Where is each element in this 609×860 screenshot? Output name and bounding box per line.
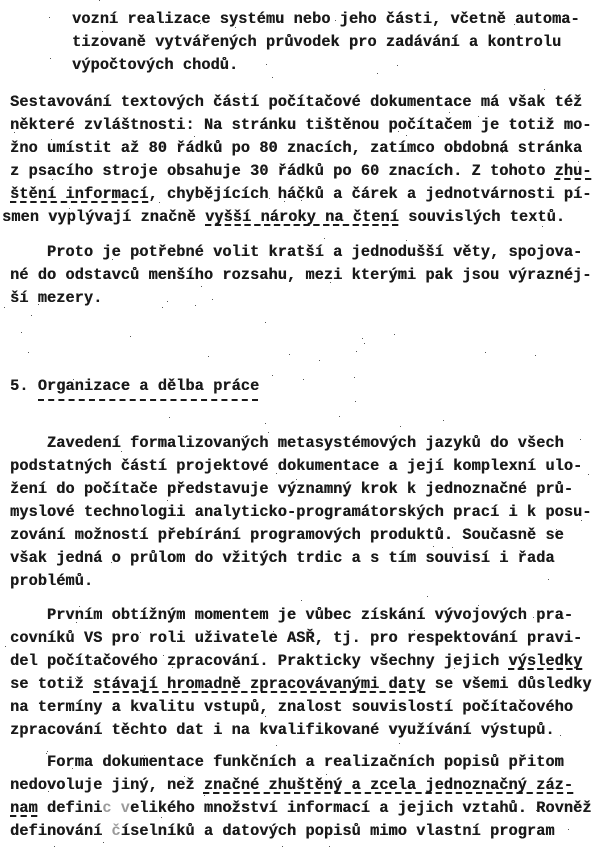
speck [459,558,460,559]
text-segment: smen vyplývají značně [2,208,205,226]
speck [330,282,331,283]
text-segment: souvislých textů. [399,208,565,226]
speck [296,479,297,480]
speck [253,470,254,471]
speck [99,0,100,1]
speck [161,817,162,818]
paragraph-4-line-1: Prvním obtížným momentem je vůbec získán… [10,606,573,624]
speck [326,774,327,775]
speck [265,423,266,424]
speck [167,301,168,302]
speck [276,745,277,746]
speck [394,334,395,335]
speck [72,768,73,769]
paragraph-4-line-2: covníků VS pro roli uživatele ASŘ, tj. p… [10,629,582,647]
section-heading: 5. Organizace a dělba práce [10,377,259,395]
speck [231,808,232,809]
text-segment: nedovoluje jiný, než [10,776,204,794]
speck [36,634,37,635]
speck [47,751,48,752]
paragraph-3-line-3: žení do počítače představuje významný kr… [10,480,573,498]
speck [355,401,356,402]
speck [560,735,561,736]
speck [289,354,290,355]
speck [82,191,83,192]
speck [272,77,273,78]
speck [17,513,18,514]
speck [452,547,453,548]
speck [163,655,164,656]
speck [510,124,511,125]
speck [433,546,434,547]
speck [195,305,196,306]
paragraph-5-line-2: nedovoluje jiný, než značné zhuštěný a z… [10,776,573,794]
text-segment: se všemi důsledky [425,675,591,693]
speck [485,352,486,353]
speck [427,596,428,597]
speck [79,606,80,607]
speck [588,474,589,475]
speck [273,631,274,632]
paragraph-2-line-1: Proto je potřebné volit kratší a jednodu… [10,243,582,261]
speck [81,618,82,619]
section-number: 5. [10,377,28,395]
speck [76,622,77,623]
speck [5,646,6,647]
speck [542,226,543,227]
speck [159,202,160,203]
speck [384,709,385,710]
speck [399,743,400,744]
speck [28,352,29,353]
text-segment: elikého množství informací a jejich vzta… [130,799,591,817]
speck [354,377,355,378]
speck [282,846,283,847]
speck [190,18,191,19]
speck [52,179,53,180]
speck [103,842,104,843]
speck [235,27,236,28]
speck [200,23,201,24]
speck [548,579,549,580]
speck [54,846,55,847]
speck [4,307,5,308]
speck [269,198,270,199]
paragraph-4-line-6: zpracování těchto dat i na kvalifikované… [10,721,555,739]
speck [31,315,32,316]
speck [184,776,185,777]
underlined-phrase: značné zhuštěný a zcela jednoznačný záz- [204,776,573,794]
speck [277,826,278,827]
speck [581,520,582,521]
speck [208,356,209,357]
speck [406,135,407,136]
paragraph-1-line-4: z psacího stroje obsahuje 30 řádků po 60… [10,162,591,180]
speck [51,139,52,140]
speck [502,152,503,153]
text-segment: definování [10,822,112,840]
speck [121,451,122,452]
speck [21,332,22,333]
speck [293,214,294,215]
intro-line-2: tizovaně vytvářených průvodek pro zadává… [72,33,561,51]
underlined-phrase: vyšší nároky na čtení [205,208,399,226]
paragraph-3-line-6: však jedná o průlom do vžitých trdic a s… [10,549,555,567]
speck [580,439,581,440]
speck [406,240,407,241]
speck [329,846,330,847]
paragraph-3-line-1: Zavedení formalizovaných metasystémových… [10,434,564,452]
speck [244,93,245,94]
paragraph-1-line-6: smen vyplývají značně vyšší nároky na čt… [2,208,565,226]
underlined-phrase: štění informací [10,185,148,203]
speck [536,810,537,811]
speck [272,375,273,376]
paragraph-3-line-7: problémů. [10,572,93,590]
speck [212,299,213,300]
speck [377,73,378,74]
speck [400,426,401,427]
speck [540,485,541,486]
speck [362,338,363,339]
speck [514,24,515,25]
speck [265,716,266,717]
speck [162,307,163,308]
paragraph-5-line-3: nam definic velikého množství informací … [10,799,592,817]
section-title: Organizace a dělba práce [38,377,260,395]
speck [243,436,244,437]
speck [139,253,140,254]
speck [130,336,131,337]
speck [73,379,74,380]
faded-text-segment: c v [102,799,130,817]
paragraph-4-line-4: se totiž stávají hromadně zpracovávanými… [10,675,592,693]
speck [478,116,479,117]
speck [48,791,49,792]
underlined-phrase: stávají hromadně zpracovávanými daty [93,675,425,693]
speck [301,200,302,201]
speck [284,201,285,202]
paragraph-3-line-2: podstatných částí projektové dokumentace… [10,457,582,475]
speck [111,562,112,563]
underlined-phrase: výsledky [508,652,582,670]
speck [364,343,365,344]
speck [478,605,479,606]
faded-text-segment: č [112,822,121,840]
text-segment: del počítačového zpracování. Prakticky v… [10,652,508,670]
speck [106,42,107,43]
speck [577,277,578,278]
speck [69,208,70,209]
speck [339,416,340,417]
intro-line-3: výpočtových chodů. [72,56,238,74]
speck [533,617,534,618]
speck [578,161,579,162]
speck [139,536,140,537]
speck [75,678,76,679]
speck [244,190,245,191]
speck [201,286,202,287]
paragraph-2-line-2: né do odstavců menšího rozsahu, mezi kte… [10,266,591,284]
section-heading-underline [38,399,258,401]
speck [411,553,412,554]
speck [454,668,455,669]
underlined-phrase: nam [10,799,38,817]
text-segment: z psacího stroje obsahuje 30 řádků po 60… [10,162,555,180]
speck [169,417,170,418]
speck [102,31,103,32]
speck [14,132,15,133]
speck [144,755,145,756]
speck [194,136,195,137]
speck [476,782,477,783]
speck [303,379,304,380]
underlined-phrase: zhu- [555,162,592,180]
speck [112,259,113,260]
speck [409,144,410,145]
paragraph-1-line-1: Sestavování textových částí počítačové d… [10,93,582,111]
speck [356,351,357,352]
speck [397,65,398,66]
speck [276,473,277,474]
speck [50,58,51,59]
text-segment: defini [38,799,103,817]
speck [324,710,325,711]
speck [519,827,520,828]
speck [266,64,267,65]
paragraph-5-line-4: definování číselníků a datových popisů m… [10,822,555,840]
speck [49,17,50,18]
speck [414,630,415,631]
paragraph-1-line-3: žno umístit až 80 řádků po 80 znacích, z… [10,139,582,157]
speck [139,710,140,711]
speck [204,795,205,796]
speck [535,355,536,356]
speck [92,660,93,661]
speck [167,500,168,501]
speck [140,632,141,633]
speck [324,238,325,239]
speck [46,753,47,754]
speck [38,304,39,305]
speck [443,420,444,421]
paragraph-3-line-5: zování možností přebírání programových p… [10,526,564,544]
speck [208,198,209,199]
speck [544,89,545,90]
paragraph-4-line-3: del počítačového zpracování. Prakticky v… [10,652,582,670]
paragraph-3-line-4: myslové technologii analyticko-programát… [10,503,591,521]
speck [355,824,356,825]
text-segment: íselníků a datových popisů mimo vlastní … [121,822,555,840]
speck [449,112,450,113]
speck [335,20,336,21]
speck [172,667,173,668]
speck [298,44,299,45]
text-segment: se totiž [10,675,93,693]
paragraph-1-line-2: některé zvláštnosti: Na stránku tištěnou… [10,116,591,134]
intro-line-1: vozní realizace systému nebo jeho části,… [72,10,580,28]
document-page: vozní realizace systému nebo jeho části,… [0,0,609,860]
paragraph-5-line-1: Forma dokumentace funkčních a realizační… [10,753,564,771]
speck [265,322,266,323]
speck [319,360,320,361]
paragraph-4-line-5: na termíny a kvalitu vstupů, znalost sou… [10,698,573,716]
speck [268,432,269,433]
speck [301,600,302,601]
speck [568,829,569,830]
text-segment: , chybějících háčků a čárek a jednotvárn… [148,185,591,203]
speck [556,529,557,530]
speck [398,131,399,132]
paragraph-2-line-3: ší mezery. [10,289,102,307]
